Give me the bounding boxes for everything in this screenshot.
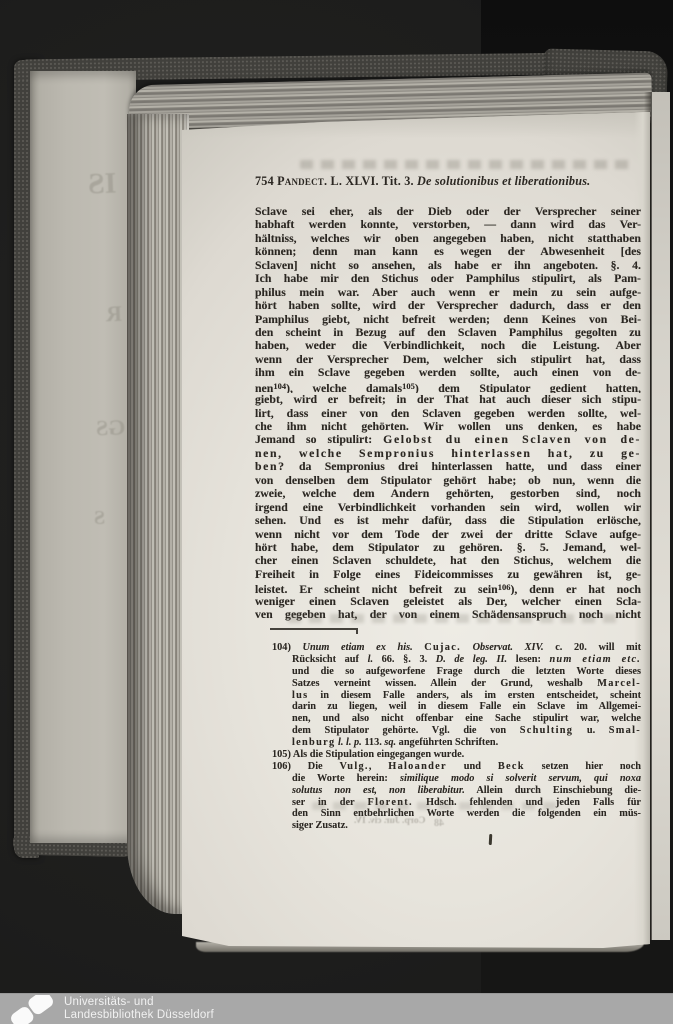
ghost-header-bleedthrough — [300, 160, 630, 169]
text-line: weniger einen Sclaven geleistet als Der,… — [255, 595, 641, 608]
text-line: sehen. Und es ist mehr dafür, dass die S… — [255, 514, 641, 527]
text-line: irgend eine Verbindlichkeit vorhanden se… — [255, 501, 641, 514]
footnote-separator — [270, 628, 358, 630]
flyleaf-page: IS R GS S — [30, 71, 136, 843]
text-line: wenn nicht vor dem Tode der zwei der dri… — [255, 528, 641, 541]
text-line: Freiheit in Folge eines Fideicommisses z… — [255, 568, 641, 581]
ghost-bleedthrough-line — [312, 802, 562, 810]
ghost-corp-jur-text: Corp. Jur. civ. IV. — [354, 816, 426, 826]
text-line: ihm ein Sclave gegeben werden sollte, au… — [255, 366, 641, 379]
text-line: Sclave sei eher, als der Dieb oder der V… — [255, 205, 641, 218]
text-line: cher einen Sclaven schuldete, hat den St… — [255, 554, 641, 567]
flyleaf-ghost-letters: GS — [96, 414, 126, 441]
text-line: dem Stipulator gehörte. Vgl. die von Sch… — [272, 725, 641, 737]
text-line: hört haben sollte, wird der Versprecher … — [255, 299, 641, 312]
text-line: haben, weder die Verbindlichkeit, noch d… — [255, 339, 641, 352]
watermark-line2: Landesbibliothek Düsseldorf — [64, 1009, 214, 1021]
text-line: lenburg l. l. p. 113. sq. angeführten Sc… — [272, 737, 641, 749]
text-line: leistet. Er scheint nicht befreit zu sei… — [255, 581, 641, 594]
text-line: nen104), welche damals105) dem Stipulato… — [255, 380, 641, 393]
text-line: können; denn man kann es wegen der Abwes… — [255, 245, 641, 258]
next-page-strip — [651, 92, 670, 940]
text-line: ben? da Sempronius drei hinterlassen hat… — [255, 460, 641, 473]
text-line: lirt, dass einer von den Sclaven gegeben… — [255, 407, 641, 420]
ghost-signature-number: 48 — [434, 818, 444, 829]
text-line: wenn der Versprecher Dem, welcher sich s… — [255, 353, 641, 366]
text-line: zweie, welche dem Andern gehörten, gesto… — [255, 487, 641, 500]
text-line: 105) Als die Stipulation eingegangen wur… — [272, 749, 641, 761]
text-line: hört habe, dem Stipulator zu gehören. §.… — [255, 541, 641, 554]
text-line: den Sinn entbehrlichen Worte werden die … — [272, 808, 641, 820]
flyleaf-ghost-letters: IS — [87, 167, 117, 202]
text-line: die Worte herein: similique modo si solv… — [272, 773, 641, 785]
photo-background: IS R GS S 754 Pandect. L. XLVI. Tit. 3. … — [0, 0, 673, 1024]
text-line: nen, und also nicht offenbar eine Sache … — [272, 713, 641, 725]
text-line: siger Zusatz. — [272, 820, 641, 832]
text-line: nen, welche Sempronius hinterlassen hat,… — [255, 447, 641, 460]
text-line: Sclaven] nicht so ansehen, als habe er i… — [255, 259, 641, 272]
text-line: Ich habe mir den Stichus oder Pamphilus … — [255, 272, 641, 285]
page-edges-left-stack — [127, 114, 189, 914]
text-line: darin zu liegen, weil in diesem Falle ei… — [272, 701, 641, 713]
book-page-scan: 754 Pandect. L. XLVI. Tit. 3. De solutio… — [182, 112, 650, 948]
ink-mark — [489, 834, 492, 845]
text-line: Pamphilus giebt, nicht befreit werden; d… — [255, 313, 641, 326]
text-line: von denselben dem Stipulator gehört habe… — [255, 474, 641, 487]
text-line: hältniss, welches wir oben angegeben hab… — [255, 232, 641, 245]
text-line: habhaft werden konnte, verstorben, — dan… — [255, 218, 641, 231]
watermark-line1: Universitäts- und — [64, 996, 154, 1008]
ulb-logo — [6, 995, 58, 1024]
ghost-bleedthrough-line — [288, 614, 624, 623]
text-line: solutus non est, non liberabitur. Allein… — [272, 785, 641, 797]
text-line: 104) Unum etiam ex his. Cujac. Observat.… — [272, 642, 641, 654]
flyleaf-ghost-letters: R — [106, 301, 123, 328]
flyleaf-ghost-letters: S — [94, 507, 106, 530]
text-line: Jemand so stipulirt: Gelobst du einen Sc… — [255, 433, 641, 446]
text-line: 106) Die Vulg., Haloander und Beck setze… — [272, 761, 641, 773]
text-line: den scheint in Bezug auf den Sclaven Pam… — [255, 326, 641, 339]
body-text: Sclave sei eher, als der Dieb oder der V… — [255, 205, 641, 622]
text-line: che ihm nicht gehörten. Wir wollen uns d… — [255, 420, 641, 433]
text-line: Rücksicht auf l. 66. §. 3. D. de leg. II… — [272, 654, 641, 666]
page-header: 754 Pandect. L. XLVI. Tit. 3. De solutio… — [255, 174, 641, 189]
text-line: 754 Pandect. L. XLVI. Tit. 3. De solutio… — [255, 174, 641, 189]
text-line: giebt, wird er befreit; in der That hat … — [255, 393, 641, 406]
text-line: philus mein war. Aber auch wenn er mein … — [255, 286, 641, 299]
text-line: lus in diesem Falle anders, als im erste… — [272, 690, 641, 702]
text-line: und die so aufgeworfene Frage durch die … — [272, 666, 641, 678]
text-line: Satzes verneint wissen. Allein der Grund… — [272, 678, 641, 690]
watermark-bar: Universitäts- und Landesbibliothek Düsse… — [0, 993, 673, 1024]
